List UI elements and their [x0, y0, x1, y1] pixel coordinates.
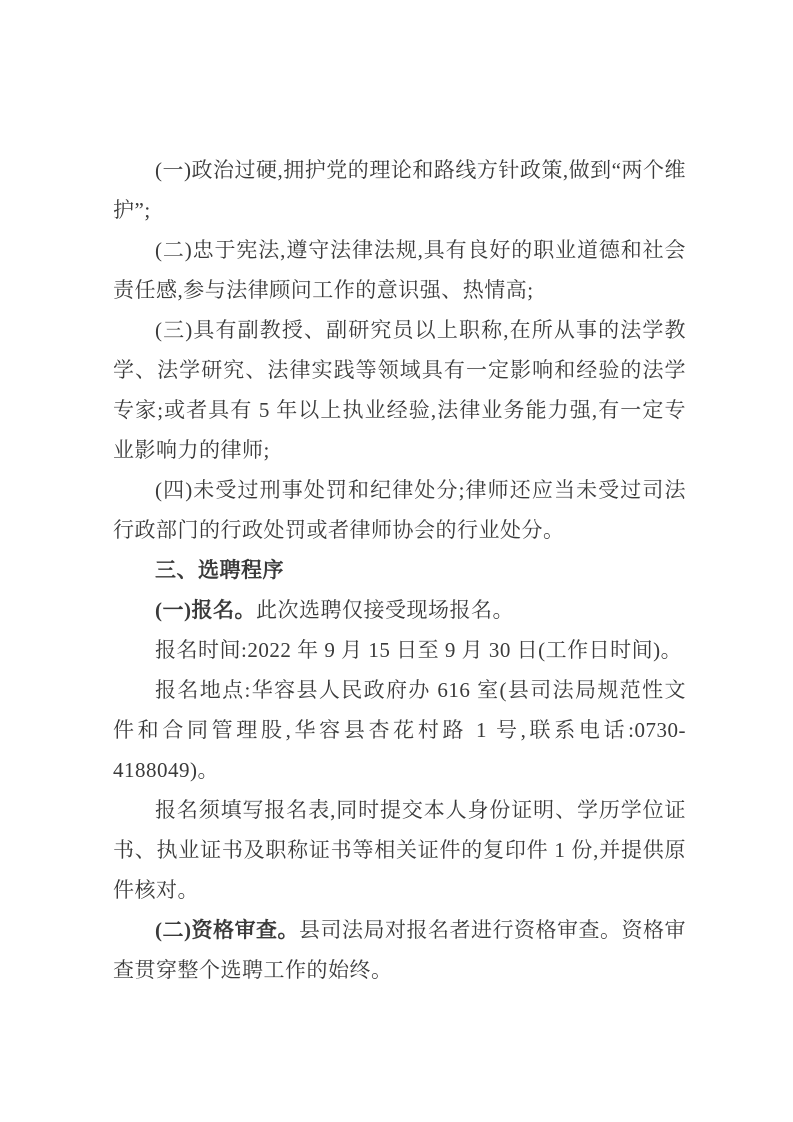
paragraph: (四)未受过刑事处罚和纪律处分;律师还应当未受过司法行政部门的行政处罚或者律师协… — [113, 470, 686, 550]
paragraph: 报名地点:华容县人民政府办 616 室(县司法局规范性文件和合同管理股,华容县杏… — [113, 670, 686, 790]
paragraph: (一)政治过硬,拥护党的理论和路线方针政策,做到“两个维护”; — [113, 150, 686, 230]
paragraph-bold-lead: (一)报名。 — [155, 598, 256, 622]
paragraph: (二)资格审查。县司法局对报名者进行资格审查。资格审查贯穿整个选聘工作的始终。 — [113, 910, 686, 990]
document-content: (一)政治过硬,拥护党的理论和路线方针政策,做到“两个维护”;(二)忠于宪法,遵… — [113, 150, 686, 990]
paragraph: 报名须填写报名表,同时提交本人身份证明、学历学位证书、执业证书及职称证书等相关证… — [113, 790, 686, 910]
paragraph: 报名时间:2022 年 9 月 15 日至 9 月 30 日(工作日时间)。 — [113, 630, 686, 670]
paragraph: (二)忠于宪法,遵守法律法规,具有良好的职业道德和社会责任感,参与法律顾问工作的… — [113, 230, 686, 310]
paragraph-bold-lead: (二)资格审查。 — [155, 918, 299, 942]
section-heading: 三、选聘程序 — [113, 550, 686, 590]
paragraph: (三)具有副教授、副研究员以上职称,在所从事的法学教学、法学研究、法律实践等领域… — [113, 310, 686, 470]
document-page: (一)政治过硬,拥护党的理论和路线方针政策,做到“两个维护”;(二)忠于宪法,遵… — [0, 0, 793, 1122]
paragraph: (一)报名。此次选聘仅接受现场报名。 — [113, 590, 686, 630]
